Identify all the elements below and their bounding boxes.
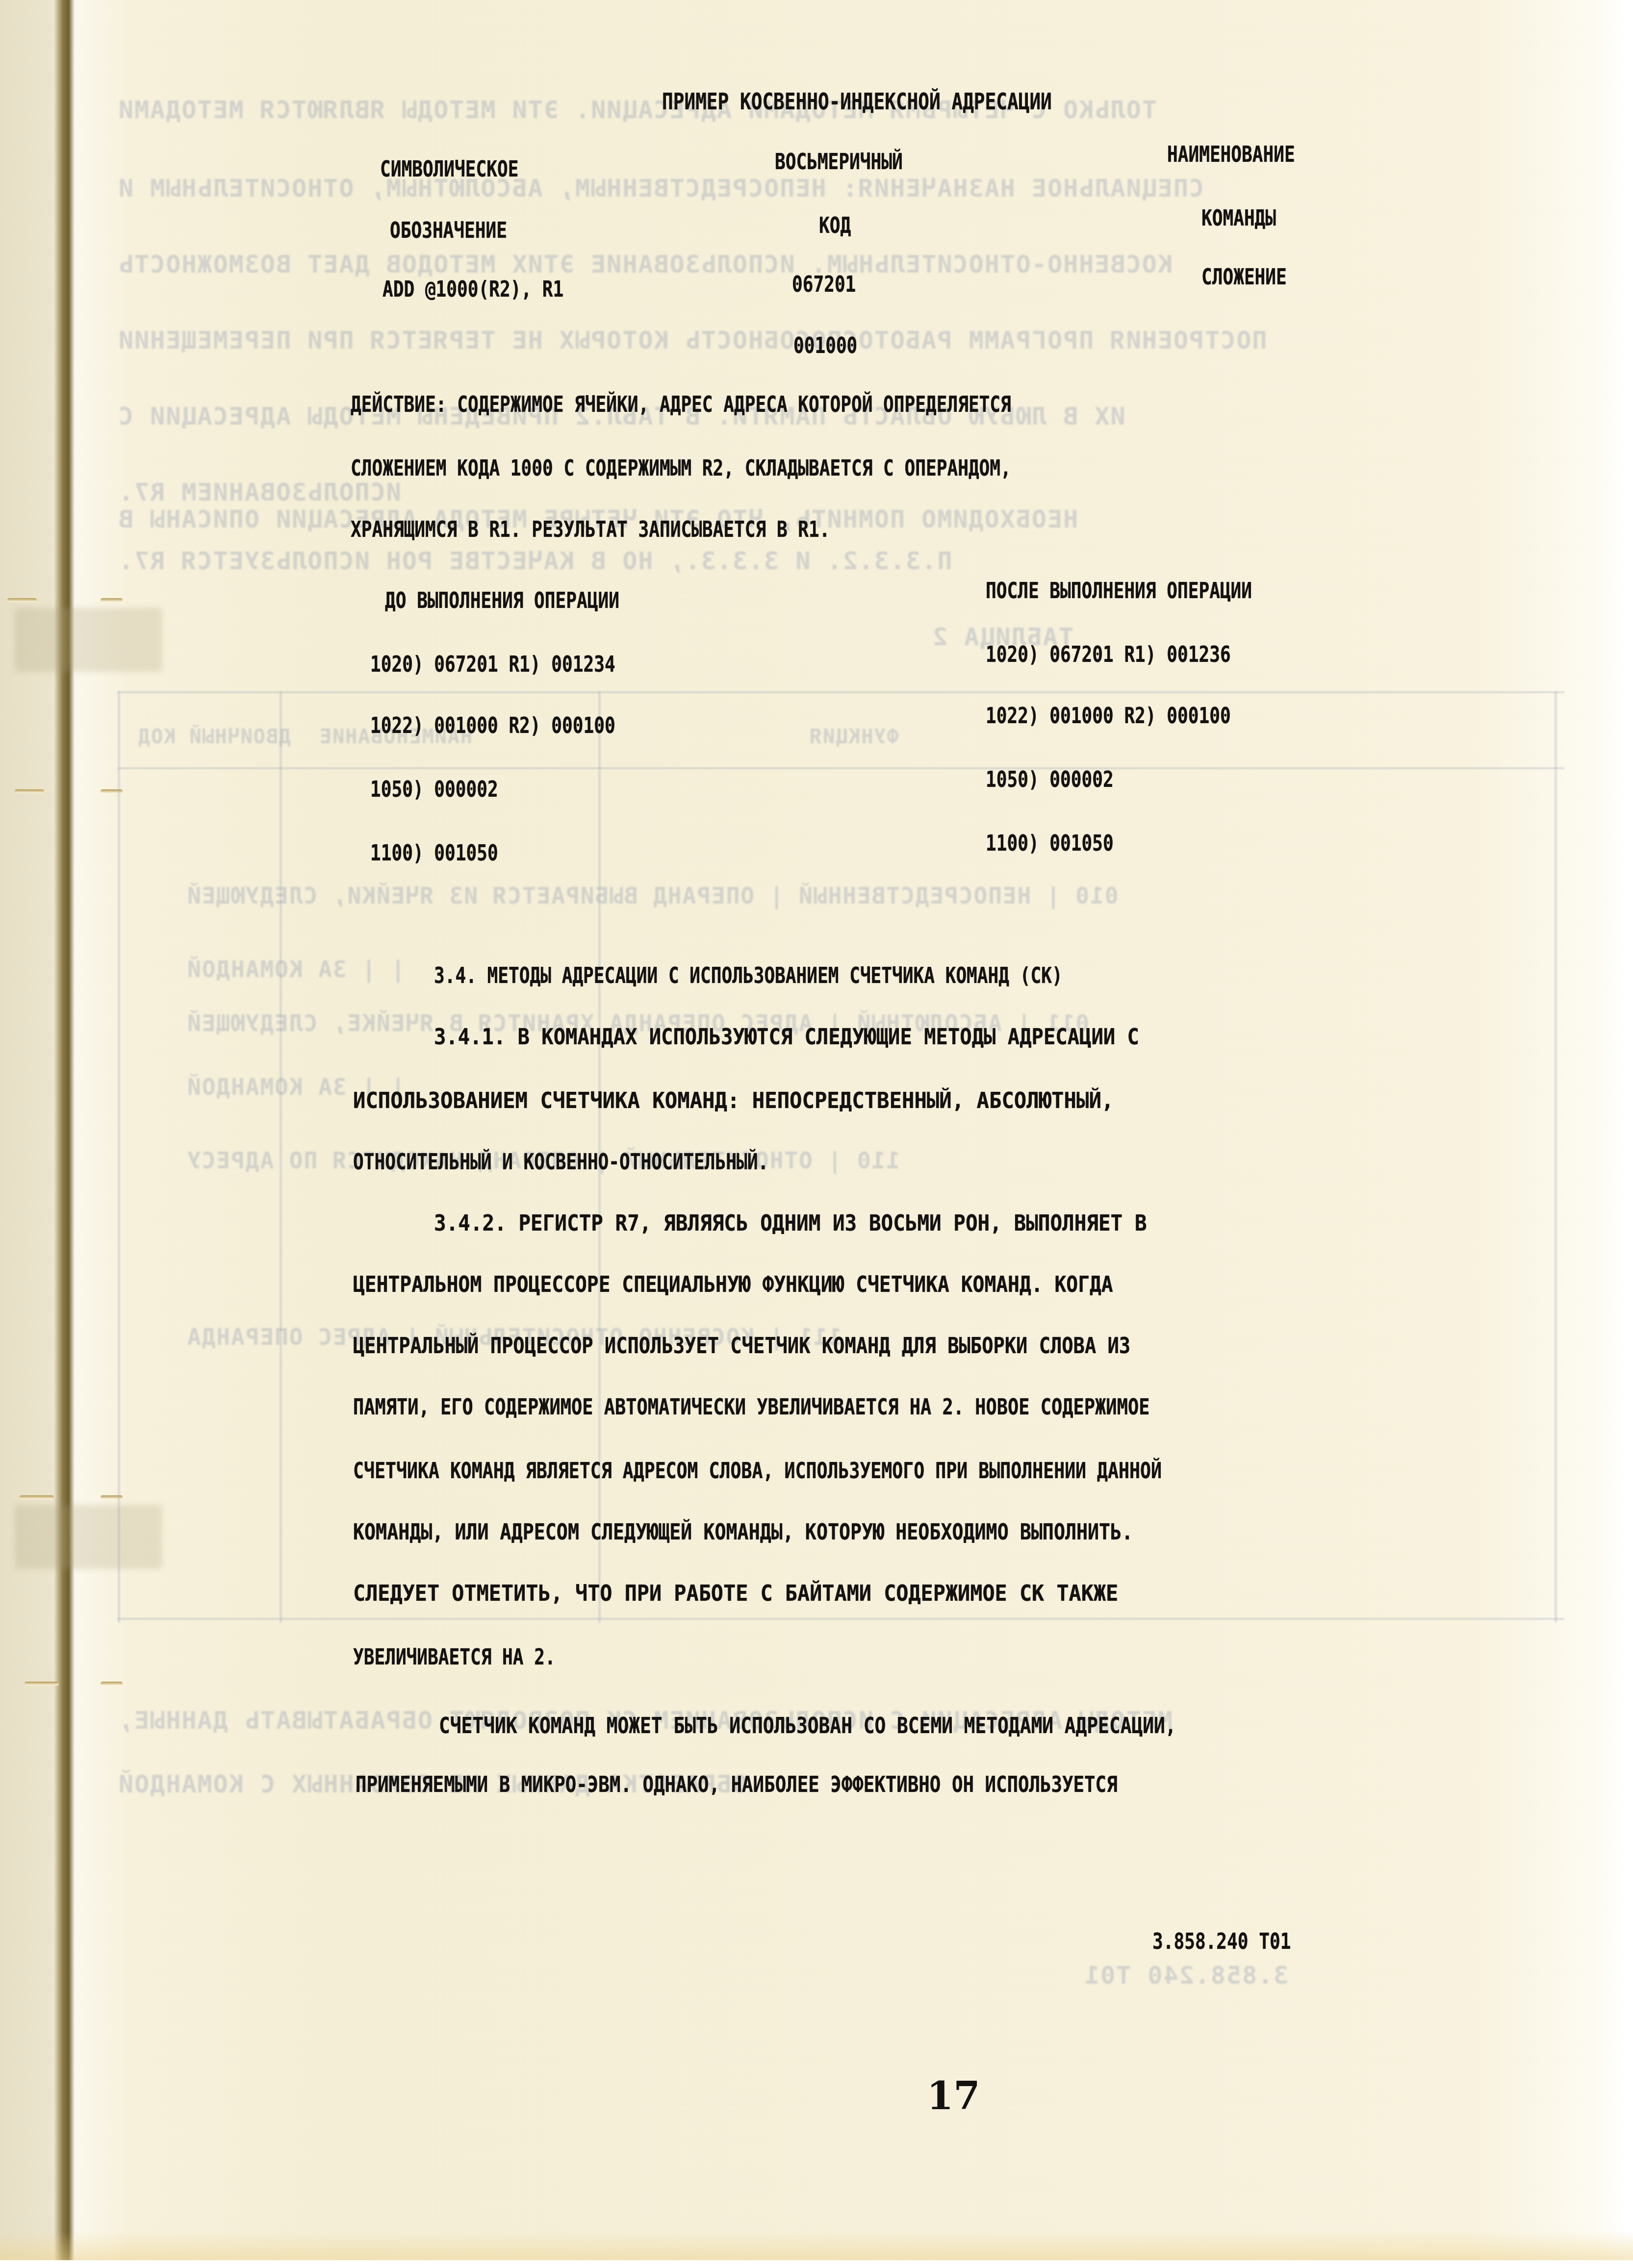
column-header-name-line1: НАИМЕНОВАНИЕ xyxy=(1167,142,1295,167)
action-line: СЛОЖЕНИЕМ КОДА 1000 С СОДЕРЖИМЫМ R2, СКЛ… xyxy=(351,456,1011,481)
staple-slot-icon xyxy=(101,1495,123,1499)
after-row: 1050) 000002 xyxy=(986,767,1114,792)
example-symbolic-notation: ADD @1000(R2), R1 xyxy=(383,277,563,302)
paragraph-line: 3.4.1. В КОМАНДАХ ИСПОЛЬЗУЮТСЯ СЛЕДУЮЩИЕ… xyxy=(434,1025,1139,1050)
example-octal-code-2: 001000 xyxy=(793,333,857,358)
staple-slot-icon xyxy=(20,1495,54,1499)
paragraph-line: СЛЕДУЕТ ОТМЕТИТЬ, ЧТО ПРИ РАБОТЕ С БАЙТА… xyxy=(353,1581,1118,1606)
paragraph-line: ПАМЯТИ, ЕГО СОДЕРЖИМОЕ АВТОМАТИЧЕСКИ УВЕ… xyxy=(353,1395,1149,1420)
after-heading: ПОСЛЕ ВЫПОЛНЕНИЯ ОПЕРАЦИИ xyxy=(986,579,1252,604)
paragraph-line: 3.4.2. РЕГИСТР R7, ЯВЛЯЯСЬ ОДНИМ ИЗ ВОСЬ… xyxy=(434,1211,1147,1236)
example-octal-code-1: 067201 xyxy=(792,272,856,297)
column-header-symbol-line2: ОБОЗНАЧЕНИЕ xyxy=(390,218,507,243)
before-row: 1020) 067201 R1) 001234 xyxy=(370,652,615,677)
column-header-symbol-line1: СИМВОЛИЧЕСКОЕ xyxy=(380,157,518,182)
column-header-octal-line1: ВОСЬМЕРИЧНЫЙ xyxy=(775,150,903,175)
staple-slot-icon xyxy=(101,1682,123,1686)
page-number: 17 xyxy=(927,2074,980,2118)
after-row: 1100) 001050 xyxy=(986,831,1114,856)
staple-shadow xyxy=(15,1505,162,1569)
paragraph-line: СЧЕТЧИКА КОМАНД ЯВЛЯЕТСЯ АДРЕСОМ СЛОВА, … xyxy=(353,1459,1162,1484)
staple-slot-icon xyxy=(7,598,37,602)
staple-slot-icon xyxy=(101,598,123,602)
action-line: ХРАНЯЩИМСЯ В R1. РЕЗУЛЬТАТ ЗАПИСЫВАЕТСЯ … xyxy=(351,517,830,542)
before-row: 1050) 000002 xyxy=(370,777,498,802)
column-header-name-line2: КОМАНДЫ xyxy=(1201,206,1276,231)
staple-slot-icon xyxy=(25,1682,59,1686)
paragraph-line: УВЕЛИЧИВАЕТСЯ НА 2. xyxy=(353,1645,556,1670)
after-row: 1020) 067201 R1) 001236 xyxy=(986,642,1231,667)
action-line: ДЕЙСТВИЕ: СОДЕРЖИМОЕ ЯЧЕЙКИ, АДРЕС АДРЕС… xyxy=(351,392,1011,417)
column-header-octal-line2: КОД xyxy=(819,213,851,238)
document-code: 3.858.240 Т01 xyxy=(1152,1929,1291,1954)
paragraph-line: ЦЕНТРАЛЬНОМ ПРОЦЕССОРЕ СПЕЦИАЛЬНУЮ ФУНКЦ… xyxy=(353,1272,1113,1297)
paragraph-line: ПРИМЕНЯЕМЫМИ В МИКРО-ЭВМ. ОДНАКО, НАИБОЛ… xyxy=(356,1772,1118,1797)
staple-shadow xyxy=(15,608,162,672)
paragraph-line: КОМАНДЫ, ИЛИ АДРЕСОМ СЛЕДУЮЩЕЙ КОМАНДЫ, … xyxy=(353,1520,1133,1545)
paragraph-line: ОТНОСИТЕЛЬНЫЙ И КОСВЕННО-ОТНОСИТЕЛЬНЫЙ. xyxy=(353,1150,768,1175)
staple-slot-icon xyxy=(101,789,123,793)
before-row: 1100) 001050 xyxy=(370,841,498,866)
before-row: 1022) 001000 R2) 000100 xyxy=(370,713,615,738)
paragraph-line: ИСПОЛЬЗОВАНИЕМ СЧЕТЧИКА КОМАНД: НЕПОСРЕД… xyxy=(353,1088,1114,1113)
section-heading: 3.4. МЕТОДЫ АДРЕСАЦИИ С ИСПОЛЬЗОВАНИЕМ С… xyxy=(434,963,1063,988)
paragraph-line: СЧЕТЧИК КОМАНД МОЖЕТ БЫТЬ ИСПОЛЬЗОВАН СО… xyxy=(439,1714,1176,1739)
scan-border xyxy=(0,2260,1633,2268)
after-row: 1022) 001000 R2) 000100 xyxy=(986,704,1231,729)
paragraph-line: ЦЕНТРАЛЬНЫЙ ПРОЦЕССОР ИСПОЛЬЗУЕТ СЧЕТЧИК… xyxy=(353,1334,1130,1359)
example-title: ПРИМЕР КОСВЕННО-ИНДЕКСНОЙ АДРЕСАЦИИ xyxy=(662,88,1052,115)
staple-slot-icon xyxy=(15,789,44,793)
example-command-name: СЛОЖЕНИЕ xyxy=(1201,265,1287,290)
before-heading: ДО ВЫПОЛНЕНИЯ ОПЕРАЦИИ xyxy=(385,588,619,613)
